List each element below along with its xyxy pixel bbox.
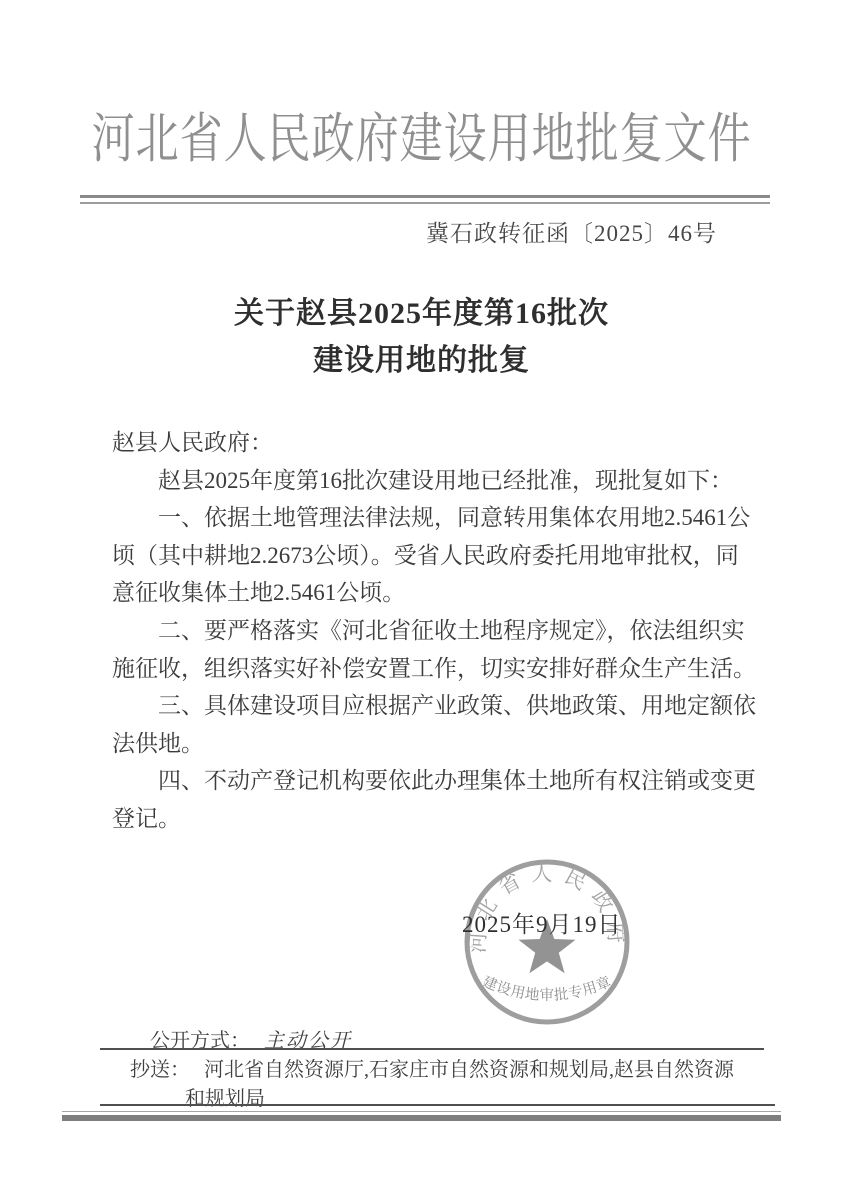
letterhead-title: 河北省人民政府建设用地批复文件 [84,103,758,175]
footer-rule-thick [62,1115,781,1121]
paragraph-line: 顷（其中耕地2.2673公顷）。受省人民政府委托用地审批权，同 [112,537,764,575]
footer-rule-2 [100,1104,775,1106]
cc-row: 抄送：河北省自然资源厅,石家庄市自然资源和规划局,赵县自然资源 [130,1056,780,1085]
paragraph-line: 法供地。 [112,725,764,763]
document-body: 赵县人民政府： 赵县2025年度第16批次建设用地已经批准，现批复如下： 一、依… [112,424,764,838]
signature-date: 2025年9月19日 [462,906,622,939]
letterhead-rule-thick [80,195,770,198]
paragraph-line: 赵县2025年度第16批次建设用地已经批准，现批复如下： [112,462,764,500]
seal-bottom-text: 建设用地审批专用章 [480,972,614,1004]
paragraph-line: 意征收集体土地2.5461公顷。 [112,574,764,612]
paragraph-line: 施征收，组织落实好补偿安置工作，切实安排好群众生产生活。 [112,650,764,688]
subject-title-line2: 建设用地的批复 [0,344,843,378]
footer-rule-1 [100,1048,764,1050]
paragraph-line: 二、要严格落实《河北省征收土地程序规定》，依法组织实 [112,612,764,650]
paragraph-line: 登记。 [112,800,764,838]
document-number: 冀石政转征函〔2025〕46号 [426,220,717,248]
paragraph-line: 三、具体建设项目应根据产业政策、供地政策、用地定额依 [112,687,764,725]
paragraph-line: 四、不动产登记机构要依此办理集体土地所有权注销或变更 [112,762,764,800]
svg-text:建设用地审批专用章: 建设用地审批专用章 [480,972,614,1004]
official-seal: 河北省人民政府 建设用地审批专用章 [462,857,632,1027]
cc-line1: 河北省自然资源厅,石家庄市自然资源和规划局,赵县自然资源 [204,1059,734,1081]
cc-line2: 和规划局 [130,1085,780,1114]
paragraph-line: 一、依据土地管理法律法规，同意转用集体农用地2.5461公 [112,499,764,537]
footer-rule-thin [62,1111,781,1112]
subject-title-line1: 关于赵县2025年度第16批次 [0,297,843,331]
seal-graphic: 河北省人民政府 建设用地审批专用章 [462,857,632,1027]
cc-label: 抄送： [130,1059,190,1081]
salutation: 赵县人民政府： [112,424,764,462]
letterhead-rule-thin [80,202,770,204]
scanned-approval-document: 河北省人民政府建设用地批复文件 冀石政转征函〔2025〕46号 关于赵县2025… [0,0,843,1192]
